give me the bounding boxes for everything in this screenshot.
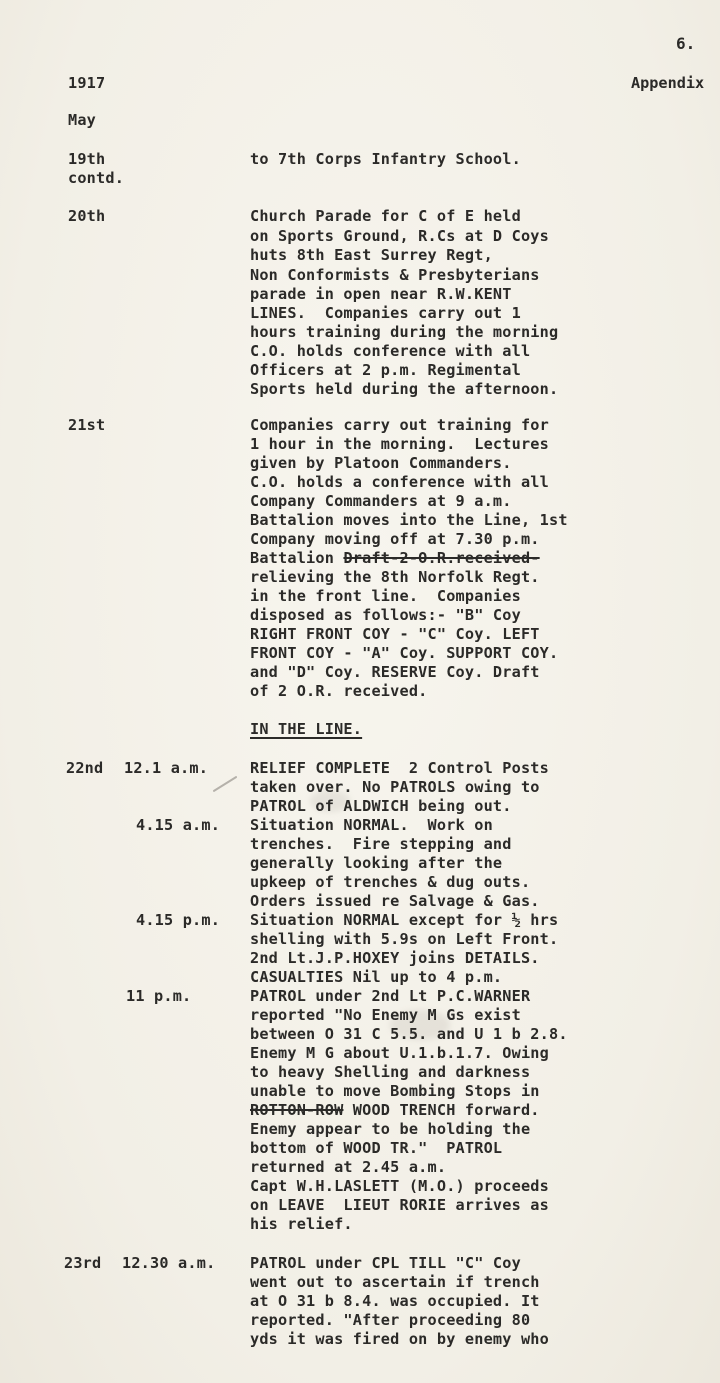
- entry-line: given by Platoon Commanders.: [250, 454, 512, 473]
- entry-line: Situation NORMAL. Work on: [250, 816, 493, 835]
- entry-line: and "D" Coy. RESERVE Coy. Draft: [250, 663, 540, 682]
- entry-time: 4.15 a.m.: [136, 816, 220, 835]
- entry-line: Enemy M G about U.1.b.1.7. Owing: [250, 1044, 549, 1063]
- entry-line: Sports held during the afternoon.: [250, 380, 558, 399]
- entry-line: generally looking after the: [250, 854, 502, 873]
- entry-line: parade in open near R.W.KENT: [250, 285, 512, 304]
- entry-line: taken over. No PATROLS owing to: [250, 778, 540, 797]
- entry-line: on Sports Ground, R.Cs at D Coys: [250, 227, 549, 246]
- entry-date: 23rd: [64, 1254, 101, 1273]
- entry-line: PATROL under CPL TILL "C" Coy: [250, 1254, 521, 1273]
- entry-time: 12.30 a.m.: [122, 1254, 215, 1273]
- entry-line: on LEAVE LIEUT RORIE arrives as: [250, 1196, 549, 1215]
- entry-line: CASUALTIES Nil up to 4 p.m.: [250, 968, 502, 987]
- entry-line: RIGHT FRONT COY - "C" Coy. LEFT: [250, 625, 540, 644]
- entry-line: 1 hour in the morning. Lectures: [250, 435, 549, 454]
- entry-line: yds it was fired on by enemy who: [250, 1330, 549, 1349]
- entry-line: at O 31 b 8.4. was occupied. It: [250, 1292, 540, 1311]
- entry-line: reported. "After proceeding 80: [250, 1311, 530, 1330]
- entry-line: Company moving off at 7.30 p.m.: [250, 530, 540, 549]
- entry-line: PATROL of ALDWICH being out.: [250, 797, 512, 816]
- page-number: 6.: [676, 34, 695, 53]
- entry-line: Company Commanders at 9 a.m.: [250, 492, 512, 511]
- entry-time: 12.1 a.m.: [124, 759, 208, 778]
- entry-line: Non Conformists & Presbyterians: [250, 266, 540, 285]
- entry-line-text: Battalion: [250, 549, 343, 567]
- month: May: [68, 111, 96, 130]
- pencil-mark: [213, 776, 238, 793]
- struck-text: Draft-2-O.R.received-: [343, 549, 539, 567]
- entry-line: LINES. Companies carry out 1: [250, 304, 521, 323]
- entry-date: 19th contd.: [68, 150, 124, 188]
- entry-line: ROTTON-ROW WOOD TRENCH forward.: [250, 1101, 540, 1120]
- appendix-label: Appendix: [631, 74, 704, 92]
- entry-line: went out to ascertain if trench: [250, 1273, 540, 1292]
- struck-text: ROTTON-ROW: [250, 1101, 343, 1119]
- entry-time: 4.15 p.m.: [136, 911, 220, 930]
- entry-line: Companies carry out training for: [250, 416, 549, 435]
- entry-line: reported "No Enemy M Gs exist: [250, 1006, 521, 1025]
- entry-line: Battalion moves into the Line, 1st: [250, 511, 568, 530]
- entry-line: to heavy Shelling and darkness: [250, 1063, 530, 1082]
- entry-line: between O 31 C 5.5. and U 1 b 2.8.: [250, 1025, 568, 1044]
- entry-line: Capt W.H.LASLETT (M.O.) proceeds: [250, 1177, 549, 1196]
- entry-line: relieving the 8th Norfolk Regt.: [250, 568, 540, 587]
- entry-line: bottom of WOOD TR." PATROL: [250, 1139, 502, 1158]
- entry-line: Enemy appear to be holding the: [250, 1120, 530, 1139]
- entry-line: C.O. holds conference with all: [250, 342, 530, 361]
- year: 1917: [68, 74, 105, 93]
- entry-line: Orders issued re Salvage & Gas.: [250, 892, 540, 911]
- war-diary-page: 6. Appendix 1917 May 19th contd. to 7th …: [0, 0, 720, 1383]
- entry-line: disposed as follows:- "B" Coy: [250, 606, 521, 625]
- entry-line: Situation NORMAL except for ½ hrs: [250, 911, 558, 930]
- entry-line: to 7th Corps Infantry School.: [250, 150, 521, 169]
- entry-line: upkeep of trenches & dug outs.: [250, 873, 530, 892]
- entry-line: of 2 O.R. received.: [250, 682, 428, 701]
- entry-line: C.O. holds a conference with all: [250, 473, 549, 492]
- entry-line: returned at 2.45 a.m.: [250, 1158, 446, 1177]
- entry-line: hours training during the morning: [250, 323, 558, 342]
- entry-time: 11 p.m.: [126, 987, 191, 1006]
- entry-date: 21st: [68, 416, 105, 435]
- entry-line: Church Parade for C of E held: [250, 207, 521, 226]
- entry-line: Battalion Draft-2-O.R.received-: [250, 549, 540, 568]
- entry-line-text: WOOD TRENCH forward.: [343, 1101, 539, 1119]
- entry-line: in the front line. Companies: [250, 587, 521, 606]
- entry-line: huts 8th East Surrey Regt,: [250, 246, 493, 265]
- entry-line: trenches. Fire stepping and: [250, 835, 512, 854]
- entry-line: PATROL under 2nd Lt P.C.WARNER: [250, 987, 530, 1006]
- entry-date: 20th: [68, 207, 105, 226]
- entry-line: FRONT COY - "A" Coy. SUPPORT COY.: [250, 644, 558, 663]
- entry-line: his relief.: [250, 1215, 353, 1234]
- entry-line: shelling with 5.9s on Left Front.: [250, 930, 558, 949]
- entry-line: Officers at 2 p.m. Regimental: [250, 361, 521, 380]
- section-heading: IN THE LINE.: [250, 720, 362, 739]
- entry-line: RELIEF COMPLETE 2 Control Posts: [250, 759, 549, 778]
- entry-line: 2nd Lt.J.P.HOXEY joins DETAILS.: [250, 949, 540, 968]
- entry-line: unable to move Bombing Stops in: [250, 1082, 540, 1101]
- entry-date: 22nd: [66, 759, 103, 778]
